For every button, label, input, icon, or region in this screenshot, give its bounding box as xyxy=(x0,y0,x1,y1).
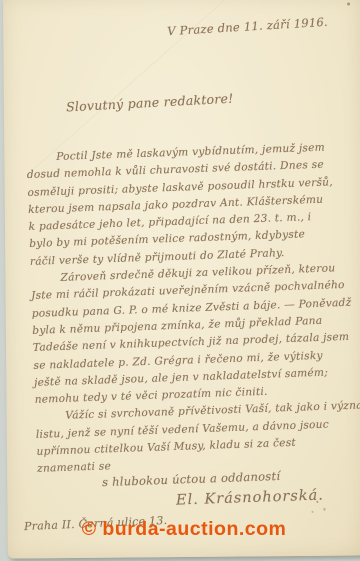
paper-speckle xyxy=(347,3,350,6)
auction-watermark: © burda-auction.com xyxy=(0,518,360,541)
photo-stage: V Praze dne 11. září 1916. Slovutný pane… xyxy=(0,0,360,561)
letter-body: Poctil Jste mě laskavým vybídnutím, jemu… xyxy=(26,139,355,479)
paper-speckle xyxy=(311,511,313,513)
paper-speckle xyxy=(323,508,325,511)
